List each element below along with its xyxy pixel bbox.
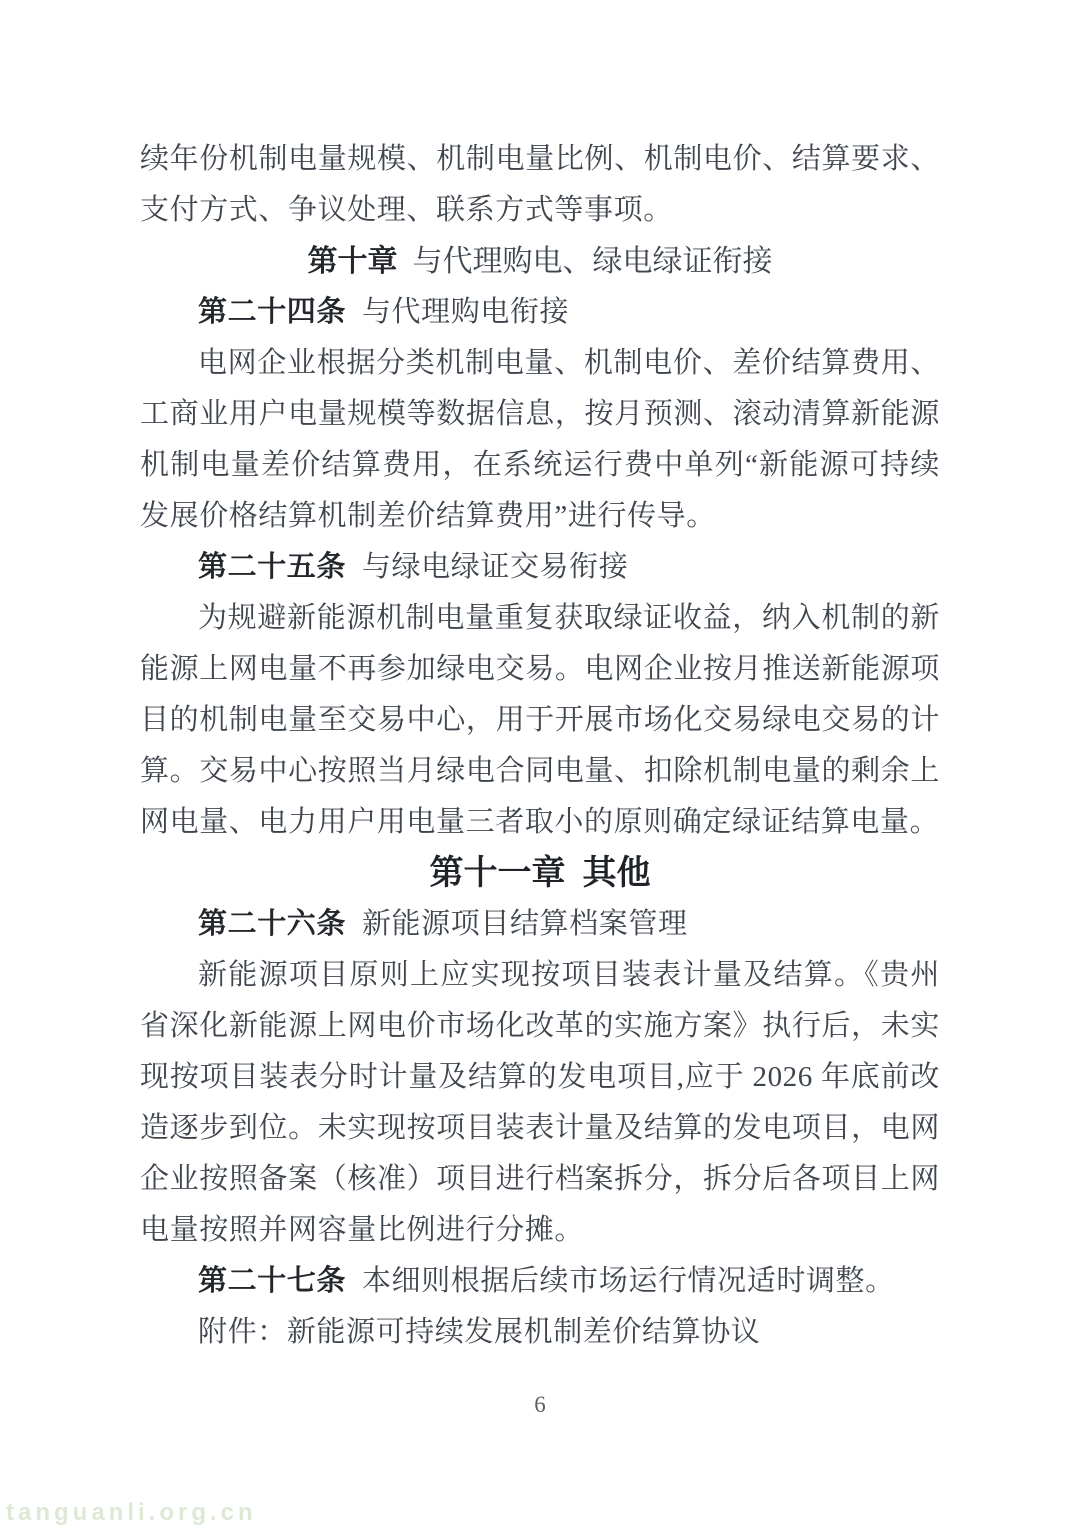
- article-27-heading: 第二十七条本细则根据后续市场运行情况适时调整。: [140, 1256, 940, 1307]
- chapter-11-title: 其他: [583, 855, 651, 892]
- chapter-10-heading: 第十章与代理购电、绿电绿证衔接: [140, 236, 940, 287]
- article-26-label: 第二十六条: [198, 908, 346, 940]
- article-24-title: 与代理购电衔接: [362, 296, 569, 328]
- paragraph-continuation: 续年份机制电量规模、机制电量比例、机制电价、结算要求、支付方式、争议处理、联系方…: [140, 134, 940, 236]
- paragraph-article-25: 为规避新能源机制电量重复获取绿证收益，纳入机制的新能源上网电量不再参加绿电交易。…: [140, 593, 940, 848]
- article-24-label: 第二十四条: [198, 296, 346, 328]
- chapter-11-label: 第十一章: [430, 855, 566, 892]
- page-number: 6: [0, 1392, 1080, 1418]
- paragraph-article-24: 电网企业根据分类机制电量、机制电价、差价结算费用、工商业用户电量规模等数据信息，…: [140, 338, 940, 542]
- chapter-10-label: 第十章: [308, 245, 398, 278]
- watermark: tanguanli.org.cn: [6, 1499, 257, 1527]
- article-25-label: 第二十五条: [198, 551, 346, 583]
- document-page: 续年份机制电量规模、机制电量比例、机制电价、结算要求、支付方式、争议处理、联系方…: [0, 0, 1080, 1527]
- article-27-label: 第二十七条: [198, 1265, 346, 1297]
- document-content: 续年份机制电量规模、机制电量比例、机制电价、结算要求、支付方式、争议处理、联系方…: [140, 134, 940, 1358]
- chapter-11-heading: 第十一章其他: [140, 848, 940, 899]
- article-26-heading: 第二十六条新能源项目结算档案管理: [140, 899, 940, 950]
- article-24-heading: 第二十四条与代理购电衔接: [140, 287, 940, 338]
- attachment-line: 附件：新能源可持续发展机制差价结算协议: [140, 1307, 940, 1358]
- article-25-heading: 第二十五条与绿电绿证交易衔接: [140, 542, 940, 593]
- chapter-10-title: 与代理购电、绿电绿证衔接: [413, 245, 773, 278]
- article-26-title: 新能源项目结算档案管理: [362, 908, 688, 940]
- article-27-title: 本细则根据后续市场运行情况适时调整。: [362, 1265, 895, 1297]
- paragraph-article-26: 新能源项目原则上应实现按项目装表计量及结算。《贵州省深化新能源上网电价市场化改革…: [140, 950, 940, 1256]
- article-25-title: 与绿电绿证交易衔接: [362, 551, 628, 583]
